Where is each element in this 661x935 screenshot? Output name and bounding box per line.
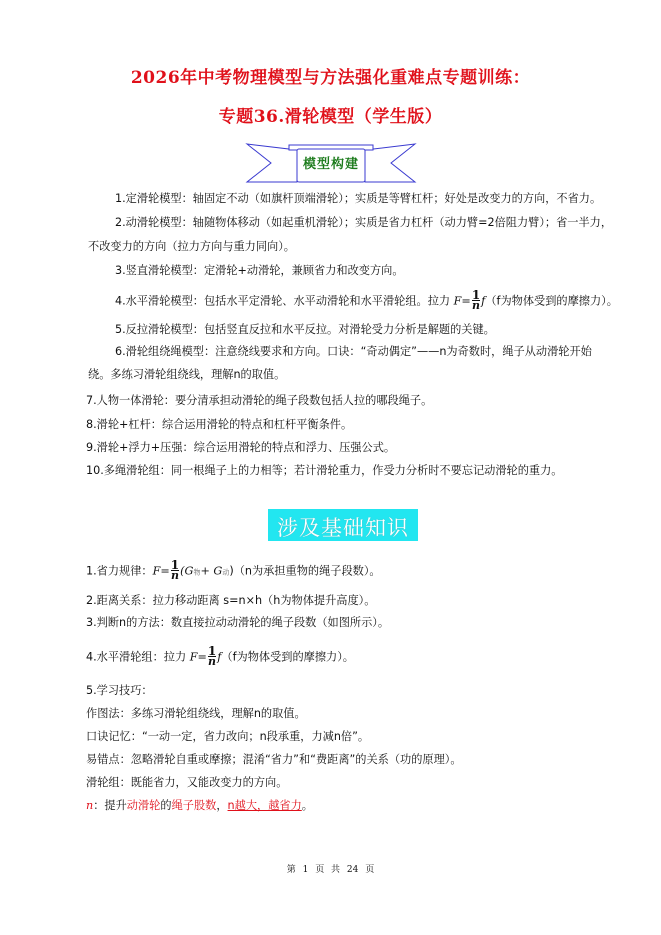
model-item-6-cont: 绕。多练习滑轮组绕线，理解n的取值。 <box>88 368 285 382</box>
model-item-7: 7.人物一体滑轮：要分清承担动滑轮的绳子段数包括人拉的哪段绳子。 <box>86 394 432 408</box>
basics-item-2: 2.距离关系：拉力移动距离 s=n×h（h为物体提升高度）。 <box>86 594 375 608</box>
basics-item-1: 1.省力规律：F=1n(G物+ G动)（n为承担重物的绳子段数）。 <box>86 562 381 581</box>
ribbon-label: 模型构建 <box>297 153 365 172</box>
highlight-line: n：提升动滑轮的绳子股数，n越大，越省力。 <box>86 799 313 813</box>
model-item-10: 10.多绳滑轮组：同一根绳子上的力相等；若计滑轮重力，作受力分析时不要忘记动滑轮… <box>86 464 562 478</box>
formula-F: F= <box>454 295 471 308</box>
tip-3: 易错点：忽略滑轮自重或摩擦；混淆“省力”和“费距离”的关系（功的原理）。 <box>86 753 462 767</box>
model-item-5: 5.反拉滑轮模型：包括竖直反拉和水平反拉。对滑轮受力分析是解题的关键。 <box>115 323 495 337</box>
fraction-1-over-n: 1n <box>171 561 179 580</box>
fraction-1-over-n: 1n <box>208 647 216 666</box>
document-page: 2026年中考物理模型与方法强化重难点专题训练： 专题36.滑轮模型（学生版） … <box>0 0 661 935</box>
model-item-4: 4.水平滑轮模型：包括水平定滑轮、水平动滑轮和水平滑轮组。拉力 F=1nf（f为… <box>115 292 618 311</box>
model-item-6: 6.滑轮组绕绳模型：注意绕线要求和方向。口诀：“奇动偶定”——n为奇数时，绳子从… <box>115 345 592 359</box>
section-banner-basic-knowledge: 涉及基础知识 <box>268 509 418 541</box>
model-item-2: 2.动滑轮模型：轴随物体移动（如起重机滑轮）；实质是省力杠杆（动力臂=2倍阻力臂… <box>115 216 612 230</box>
model-item-8: 8.滑轮+杠杆：综合运用滑轮的特点和杠杆平衡条件。 <box>86 418 352 432</box>
basics-item-3: 3.判断n的方法：数直接拉动动滑轮的绳子段数（如图所示）。 <box>86 616 389 630</box>
tip-1: 作图法：多练习滑轮组绕线，理解n的取值。 <box>86 707 306 721</box>
tip-2: 口诀记忆：“一动一定，省力改向；n段承重，力减n倍”。 <box>86 730 369 744</box>
model-item-3: 3.竖直滑轮模型：定滑轮+动滑轮，兼顾省力和改变方向。 <box>115 264 404 278</box>
basics-item-4: 4.水平滑轮组：拉力 F=1nf（f为物体受到的摩擦力）。 <box>86 648 354 667</box>
section-ribbon-model-building: 模型构建 <box>245 140 417 184</box>
model-item-9: 9.滑轮+浮力+压强：综合运用滑轮的特点和浮力、压强公式。 <box>86 441 395 455</box>
banner-label: 涉及基础知识 <box>268 512 418 542</box>
document-title-line1: 2026年中考物理模型与方法强化重难点专题训练： <box>0 63 661 88</box>
model-item-1: 1.定滑轮模型：轴固定不动（如旗杆顶端滑轮）；实质是等臂杠杆；好处是改变力的方向… <box>115 192 601 206</box>
basics-item-5-heading: 5.学习技巧： <box>86 684 153 698</box>
document-title-line2: 专题36.滑轮模型（学生版） <box>0 102 661 127</box>
fraction-1-over-n: 1n <box>472 291 480 310</box>
model-item-2-cont: 不改变力的方向（拉力方向与重力同向）。 <box>88 240 295 254</box>
tip-4: 滑轮组：既能省力，又能改变力的方向。 <box>86 776 287 790</box>
page-footer: 第 1 页 共 24 页 <box>0 862 661 875</box>
